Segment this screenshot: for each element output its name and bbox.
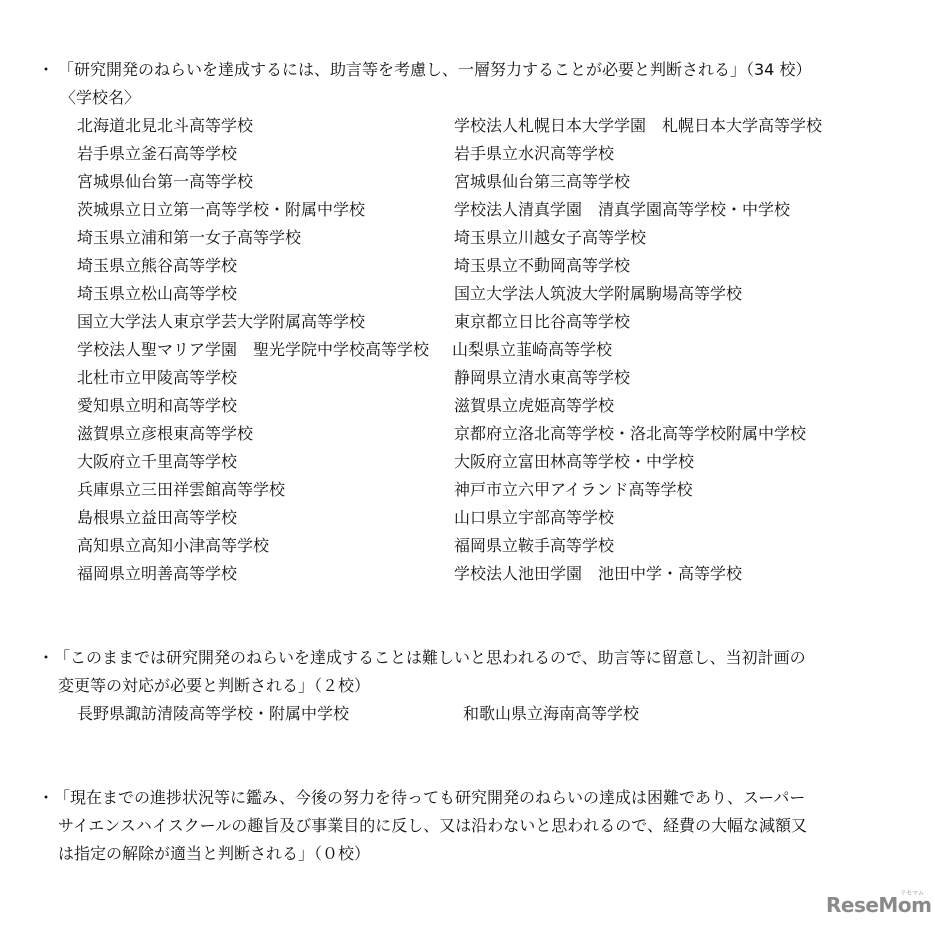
- list-item: 岩手県立水沢高等学校: [454, 144, 614, 164]
- section-2-heading-line-2: 変更等の対応が必要と判断される」（２校）: [58, 676, 370, 696]
- list-item: 埼玉県立川越女子高等学校: [454, 228, 646, 248]
- list-item: 宮城県仙台第一高等学校: [77, 172, 253, 192]
- list-item: 大阪府立千里高等学校: [77, 452, 237, 472]
- section-1-heading: 「研究開発のねらいを達成するには、助言等を考慮し、一層努力することが必要と判断さ…: [58, 60, 811, 80]
- list-item: 福岡県立鞍手高等学校: [454, 536, 614, 556]
- list-item: 学校法人清真学園 清真学園高等学校・中学校: [454, 200, 790, 220]
- list-item: 和歌山県立海南高等学校: [463, 704, 639, 724]
- bullet-marker: ・: [38, 648, 54, 668]
- list-item: 島根県立益田高等学校: [77, 508, 237, 528]
- section-3-heading-line-2: サイエンスハイスクールの趣旨及び事業目的に反し、又は沿わないと思われるので、経費…: [58, 816, 807, 836]
- list-item: 福岡県立明善高等学校: [77, 564, 237, 584]
- list-item: 長野県諏訪清陵高等学校・附属中学校: [77, 704, 349, 724]
- list-item: 東京都立日比谷高等学校: [454, 312, 630, 332]
- section-3-heading-line-3: は指定の解除が適当と判断される」（０校）: [58, 844, 370, 864]
- list-item: 北杜市立甲陵高等学校: [77, 368, 237, 388]
- list-item: 埼玉県立浦和第一女子高等学校: [77, 228, 301, 248]
- bullet-marker: ・: [38, 788, 54, 808]
- list-item: 茨城県立日立第一高等学校・附属中学校: [77, 200, 365, 220]
- list-item: 神戸市立六甲アイランド高等学校: [454, 480, 693, 500]
- list-item: 北海道北見北斗高等学校: [77, 116, 253, 136]
- list-item: 学校法人池田学園 池田中学・高等学校: [454, 564, 742, 584]
- list-item: 国立大学法人筑波大学附属駒場高等学校: [454, 284, 742, 304]
- list-item: 静岡県立清水東高等学校: [454, 368, 630, 388]
- list-item: 国立大学法人東京学芸大学附属高等学校: [77, 312, 365, 332]
- list-item: 愛知県立明和高等学校: [77, 396, 237, 416]
- list-item: 京都府立洛北高等学校・洛北高等学校附属中学校: [454, 424, 806, 444]
- list-item: 大阪府立富田林高等学校・中学校: [454, 452, 694, 472]
- list-item: 岩手県立釜石高等学校: [77, 144, 237, 164]
- list-item: 学校法人聖マリア学園 聖光学院中学校高等学校: [77, 340, 429, 360]
- list-item: 滋賀県立虎姫高等学校: [454, 396, 614, 416]
- list-item: 埼玉県立熊谷高等学校: [77, 256, 237, 276]
- list-item: 宮城県仙台第三高等学校: [454, 172, 630, 192]
- list-item: 埼玉県立不動岡高等学校: [454, 256, 630, 276]
- school-names-label: 〈学校名〉: [60, 88, 140, 108]
- bullet-marker: ・: [38, 60, 54, 80]
- list-item: 山梨県立韮崎高等学校: [452, 340, 612, 360]
- list-item: 山口県立宇部高等学校: [454, 508, 614, 528]
- list-item: 埼玉県立松山高等学校: [77, 284, 237, 304]
- list-item: 滋賀県立彦根東高等学校: [77, 424, 253, 444]
- section-3-heading-line-1: 「現在までの進捗状況等に鑑み、今後の努力を待っても研究開発のねらいの達成は困難で…: [54, 788, 805, 808]
- list-item: 高知県立高知小津高等学校: [77, 536, 269, 556]
- section-2-heading-line-1: 「このままでは研究開発のねらいを達成することは難しいと思われるので、助言等に留意…: [54, 648, 806, 668]
- list-item: 兵庫県立三田祥雲館高等学校: [77, 480, 285, 500]
- resemom-logo: ReseMom: [826, 893, 931, 917]
- list-item: 学校法人札幌日本大学学園 札幌日本大学高等学校: [454, 116, 822, 136]
